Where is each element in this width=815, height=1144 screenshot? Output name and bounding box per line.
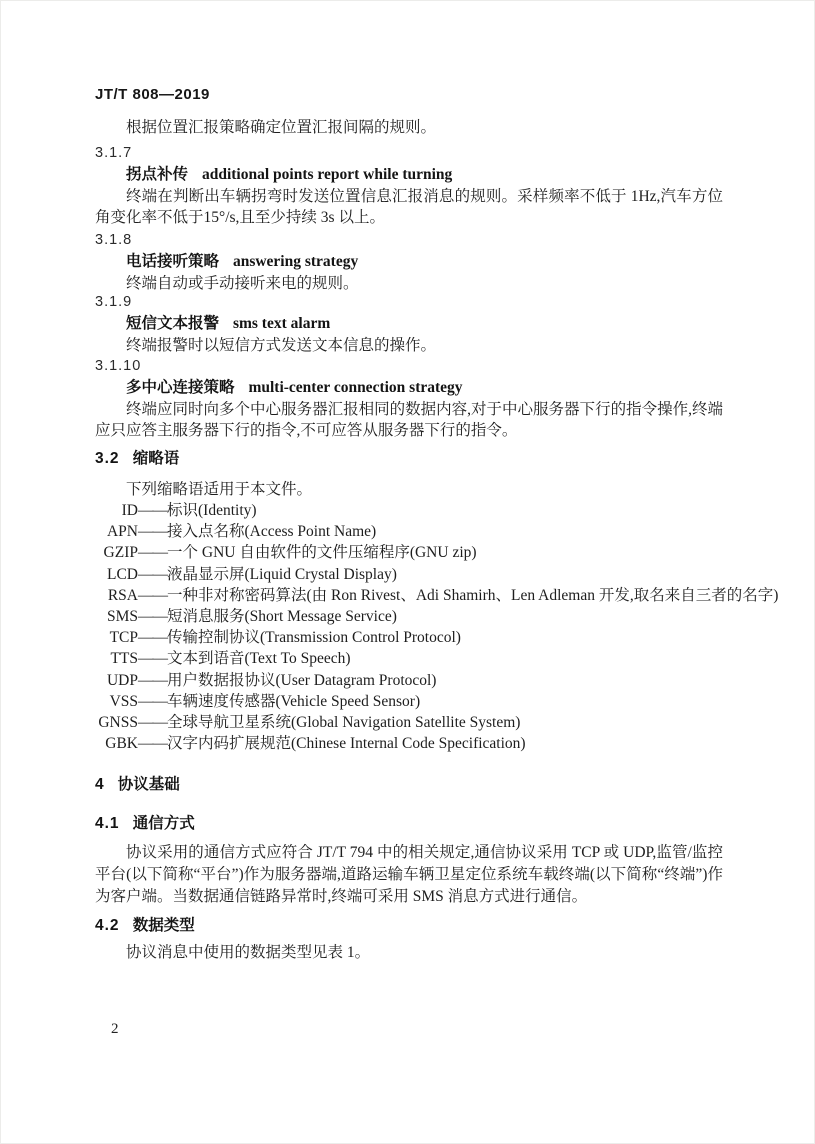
- section-number: 3.2: [95, 450, 120, 467]
- abbreviation-term: UDP: [95, 670, 138, 691]
- page-number: 2: [111, 1021, 119, 1038]
- abbreviations-list: ID——标识(Identity) APN——接入点名称(Access Point…: [95, 500, 723, 754]
- abbreviation-term: SMS: [95, 606, 138, 627]
- term-group-3-1-8: 3.1.8 电话接听策略answering strategy 终端自动或手动接听…: [95, 230, 723, 294]
- abbreviation-row: VSS——车辆速度传感器(Vehicle Speed Sensor): [95, 691, 723, 712]
- abbreviation-definition: 汉字内码扩展规范(Chinese Internal Code Specifica…: [167, 733, 526, 754]
- abbreviation-row: ID——标识(Identity): [95, 500, 723, 521]
- section-4-1-body: 协议采用的通信方式应符合 JT/T 794 中的相关规定,通信协议采用 TCP …: [95, 842, 723, 909]
- abbreviation-term: APN: [95, 521, 138, 542]
- abbreviation-definition: 全球导航卫星系统(Global Navigation Satellite Sys…: [167, 712, 520, 733]
- term-group-3-1-7: 3.1.7 拐点补传additional points report while…: [95, 143, 723, 228]
- abbreviation-definition: 一个 GNU 自由软件的文件压缩程序(GNU zip): [167, 542, 477, 563]
- section-4-2-body: 协议消息中使用的数据类型见表 1。: [95, 942, 723, 963]
- section-title: 数据类型: [133, 917, 195, 934]
- term-zh: 拐点补传: [126, 166, 188, 183]
- clause-number: 3.1.9: [95, 292, 723, 313]
- term-en: answering strategy: [233, 253, 358, 270]
- abbreviation-term: LCD: [95, 564, 138, 585]
- abbreviation-definition: 标识(Identity): [167, 500, 257, 521]
- term-zh: 电话接听策略: [126, 253, 219, 270]
- abbreviation-row: SMS——短消息服务(Short Message Service): [95, 606, 723, 627]
- abbreviation-dash: ——: [138, 627, 167, 648]
- chapter-title: 协议基础: [118, 776, 180, 793]
- abbreviation-term: TTS: [95, 648, 138, 669]
- abbreviation-dash: ——: [138, 542, 167, 563]
- abbreviation-dash: ——: [138, 648, 167, 669]
- term-heading: 短信文本报警sms text alarm: [95, 313, 723, 334]
- term-en: sms text alarm: [233, 315, 330, 332]
- abbreviation-definition: 液晶显示屏(Liquid Crystal Display): [167, 564, 397, 585]
- abbreviation-row: TTS——文本到语音(Text To Speech): [95, 648, 723, 669]
- abbreviations-intro: 下列缩略语适用于本文件。: [95, 479, 723, 500]
- term-zh: 短信文本报警: [126, 315, 219, 332]
- term-heading: 电话接听策略answering strategy: [95, 251, 723, 272]
- abbreviation-row: RSA——一种非对称密码算法(由 Ron Rivest、Adi Shamirh、…: [95, 585, 723, 606]
- abbreviation-definition: 文本到语音(Text To Speech): [167, 648, 351, 669]
- section-number: 4.2: [95, 917, 120, 934]
- abbreviation-definition: 用户数据报协议(User Datagram Protocol): [167, 670, 436, 691]
- clause-number: 3.1.10: [95, 356, 723, 377]
- abbreviation-row: UDP——用户数据报协议(User Datagram Protocol): [95, 670, 723, 691]
- term-definition: 终端应同时向多个中心服务器汇报相同的数据内容,对于中心服务器下行的指令操作,终端…: [95, 399, 723, 442]
- abbreviation-row: GZIP——一个 GNU 自由软件的文件压缩程序(GNU zip): [95, 542, 723, 563]
- abbreviation-term: GZIP: [95, 542, 138, 563]
- chapter-number: 4: [95, 776, 105, 793]
- section-number: 4.1: [95, 815, 120, 832]
- section-heading-4-1: 4.1通信方式: [95, 813, 723, 834]
- abbreviation-term: ID: [95, 500, 138, 521]
- term-heading: 拐点补传additional points report while turni…: [95, 164, 723, 185]
- abbreviation-definition: 一种非对称密码算法(由 Ron Rivest、Adi Shamirh、Len A…: [167, 585, 778, 606]
- abbreviation-dash: ——: [138, 712, 167, 733]
- abbreviation-row: GNSS——全球导航卫星系统(Global Navigation Satelli…: [95, 712, 723, 733]
- abbreviation-term: GBK: [95, 733, 138, 754]
- abbreviation-row: APN——接入点名称(Access Point Name): [95, 521, 723, 542]
- abbreviation-definition: 短消息服务(Short Message Service): [167, 606, 397, 627]
- term-zh: 多中心连接策略: [126, 379, 235, 396]
- abbreviation-dash: ——: [138, 691, 167, 712]
- term-definition: 终端自动或手动接听来电的规则。: [95, 273, 723, 294]
- abbreviation-dash: ——: [138, 585, 167, 606]
- abbreviation-dash: ——: [138, 500, 167, 521]
- abbreviation-term: GNSS: [95, 712, 138, 733]
- abbreviation-dash: ——: [138, 564, 167, 585]
- abbreviation-dash: ——: [138, 670, 167, 691]
- abbreviation-dash: ——: [138, 521, 167, 542]
- abbreviation-row: TCP——传输控制协议(Transmission Control Protoco…: [95, 627, 723, 648]
- term-group-3-1-9: 3.1.9 短信文本报警sms text alarm 终端报警时以短信方式发送文…: [95, 292, 723, 356]
- abbreviation-term: RSA: [95, 585, 138, 606]
- abbreviation-definition: 车辆速度传感器(Vehicle Speed Sensor): [167, 691, 420, 712]
- term-en: additional points report while turning: [202, 166, 452, 183]
- abbreviation-dash: ——: [138, 733, 167, 754]
- term-heading: 多中心连接策略multi-center connection strategy: [95, 377, 723, 398]
- section-heading-4-2: 4.2数据类型: [95, 915, 723, 936]
- document-page: JT/T 808—2019 根据位置汇报策略确定位置汇报间隔的规则。 3.1.7…: [0, 0, 815, 1144]
- abbreviation-definition: 传输控制协议(Transmission Control Protocol): [167, 627, 461, 648]
- term-en: multi-center connection strategy: [248, 379, 462, 396]
- abbreviation-row: LCD——液晶显示屏(Liquid Crystal Display): [95, 564, 723, 585]
- lead-paragraph: 根据位置汇报策略确定位置汇报间隔的规则。: [95, 117, 723, 138]
- section-heading-3-2: 3.2缩略语: [95, 448, 723, 469]
- abbreviation-term: TCP: [95, 627, 138, 648]
- abbreviation-term: VSS: [95, 691, 138, 712]
- clause-number: 3.1.7: [95, 143, 723, 164]
- clause-number: 3.1.8: [95, 230, 723, 251]
- term-definition: 终端在判断出车辆拐弯时发送位置信息汇报消息的规则。采样频率不低于 1Hz,汽车方…: [95, 186, 723, 229]
- term-group-3-1-10: 3.1.10 多中心连接策略multi-center connection st…: [95, 356, 723, 441]
- section-title: 缩略语: [133, 450, 180, 467]
- section-title: 通信方式: [133, 815, 195, 832]
- term-definition: 终端报警时以短信方式发送文本信息的操作。: [95, 335, 723, 356]
- abbreviation-dash: ——: [138, 606, 167, 627]
- document-header-code: JT/T 808—2019: [95, 84, 723, 105]
- abbreviation-row: GBK——汉字内码扩展规范(Chinese Internal Code Spec…: [95, 733, 723, 754]
- chapter-heading-4: 4协议基础: [95, 774, 723, 795]
- abbreviation-definition: 接入点名称(Access Point Name): [167, 521, 376, 542]
